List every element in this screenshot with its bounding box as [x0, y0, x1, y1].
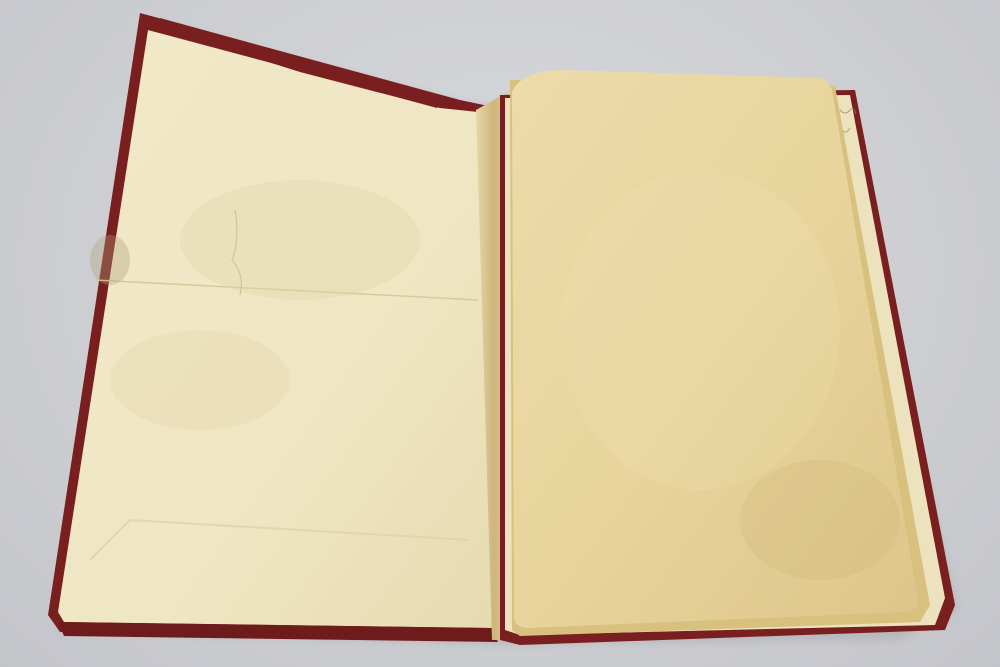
endpaper-stain: [110, 330, 290, 430]
endpaper-stain: [90, 235, 130, 285]
page-stain: [740, 460, 900, 580]
photo-scene: An old open book with a worn red leather…: [0, 0, 1000, 667]
open-book: [0, 0, 1000, 667]
page-highlight: [560, 170, 840, 490]
endpaper-stain: [180, 180, 420, 300]
